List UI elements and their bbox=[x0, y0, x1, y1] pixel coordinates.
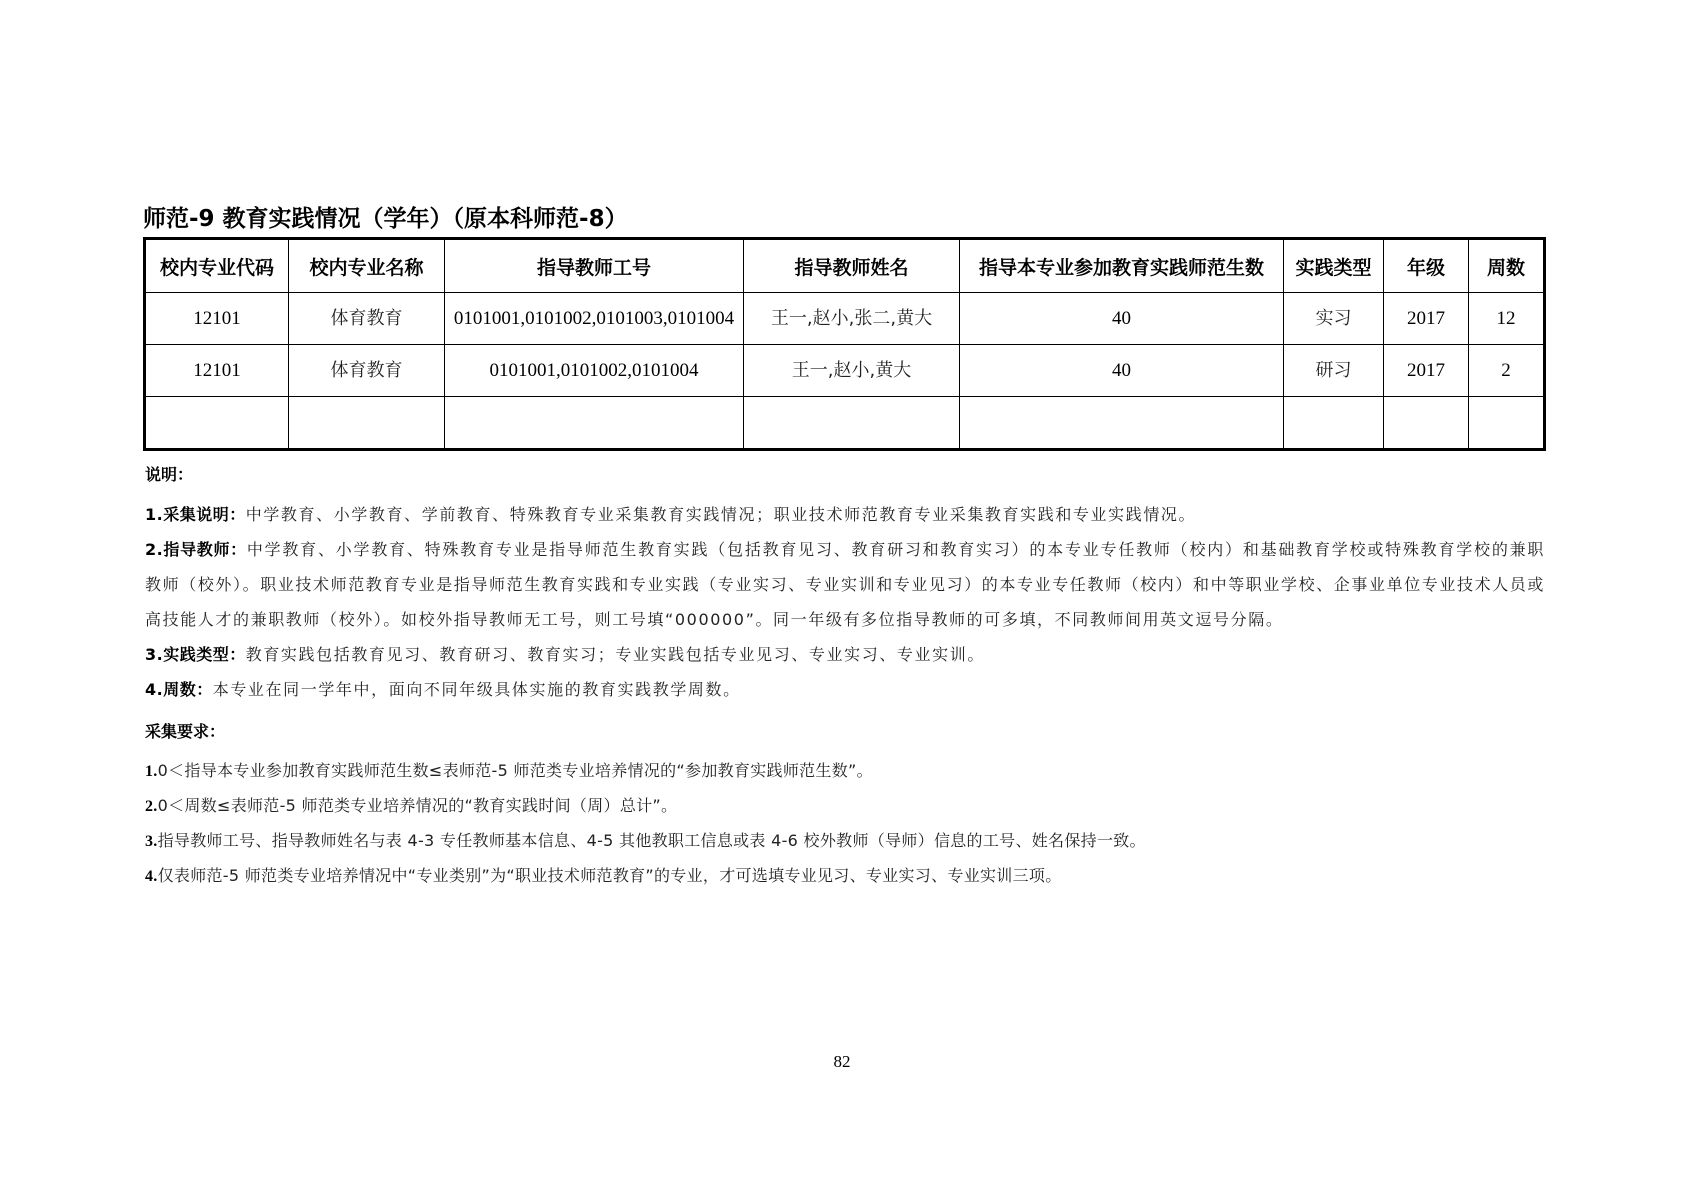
note-text: 中学教育、小学教育、特殊教育专业是指导师范生教育实践（包括教育见习、教育研习和教… bbox=[145, 540, 1545, 629]
table-row: 12101 体育教育 0101001,0101002,0101003,01010… bbox=[145, 293, 1545, 345]
table-row: 12101 体育教育 0101001,0101002,0101004 王一,赵小… bbox=[145, 345, 1545, 397]
requirements-section: 采集要求： 1.0＜指导本专业参加教育实践师范生数≤表师范-5 师范类专业培养情… bbox=[145, 719, 1545, 894]
notes-section: 说明： 1.采集说明：中学教育、小学教育、学前教育、特殊教育专业采集教育实践情况… bbox=[145, 462, 1545, 894]
cell-practice-type: 实习 bbox=[1284, 293, 1384, 345]
table-header-row: 校内专业代码 校内专业名称 指导教师工号 指导教师姓名 指导本专业参加教育实践师… bbox=[145, 239, 1545, 293]
header-weeks: 周数 bbox=[1469, 239, 1545, 293]
cell-practice-type bbox=[1284, 397, 1384, 450]
requirement-item: 4.仅表师范-5 师范类专业培养情况中“专业类别”为“职业技术师范教育”的专业，… bbox=[145, 859, 1545, 894]
note-lead: 1.采集说明： bbox=[145, 505, 246, 524]
requirement-text: 0＜周数≤表师范-5 师范类专业培养情况的“教育实践时间（周）总计”。 bbox=[158, 796, 678, 815]
cell-major-code: 12101 bbox=[145, 345, 289, 397]
page-title: 师范-9 教育实践情况（学年）（原本科师范-8） bbox=[143, 200, 628, 233]
cell-major-name: 体育教育 bbox=[289, 345, 445, 397]
note-item: 2.指导教师：中学教育、小学教育、特殊教育专业是指导师范生教育实践（包括教育见习… bbox=[145, 532, 1545, 637]
requirement-text: 0＜指导本专业参加教育实践师范生数≤表师范-5 师范类专业培养情况的“参加教育实… bbox=[158, 761, 873, 780]
education-practice-table: 校内专业代码 校内专业名称 指导教师工号 指导教师姓名 指导本专业参加教育实践师… bbox=[143, 237, 1546, 451]
requirement-text: 仅表师范-5 师范类专业培养情况中“专业类别”为“职业技术师范教育”的专业，才可… bbox=[158, 866, 1062, 885]
requirement-number: 4. bbox=[145, 868, 158, 885]
note-lead: 3.实践类型： bbox=[145, 645, 246, 664]
cell-student-count: 40 bbox=[960, 345, 1284, 397]
cell-student-count bbox=[960, 397, 1284, 450]
note-text: 中学教育、小学教育、学前教育、特殊教育专业采集教育实践情况；职业技术师范教育专业… bbox=[246, 505, 1196, 524]
requirements-heading: 采集要求： bbox=[145, 719, 1545, 754]
cell-grade bbox=[1384, 397, 1469, 450]
note-lead: 2.指导教师： bbox=[145, 540, 247, 559]
requirement-text: 指导教师工号、指导教师姓名与表 4-3 专任教师基本信息、4-5 其他教职工信息… bbox=[158, 831, 1146, 850]
cell-major-name bbox=[289, 397, 445, 450]
cell-teacher-ids bbox=[445, 397, 744, 450]
cell-teacher-ids: 0101001,0101002,0101003,0101004 bbox=[445, 293, 744, 345]
cell-teacher-names bbox=[744, 397, 960, 450]
section-gap bbox=[145, 707, 1545, 719]
table-row-empty bbox=[145, 397, 1545, 450]
header-practice-type: 实践类型 bbox=[1284, 239, 1384, 293]
note-item: 3.实践类型：教育实践包括教育见习、教育研习、教育实习；专业实践包括专业见习、专… bbox=[145, 637, 1545, 672]
cell-weeks bbox=[1469, 397, 1545, 450]
note-item: 4.周数：本专业在同一学年中，面向不同年级具体实施的教育实践教学周数。 bbox=[145, 672, 1545, 707]
header-student-count: 指导本专业参加教育实践师范生数 bbox=[960, 239, 1284, 293]
notes-heading: 说明： bbox=[145, 462, 1545, 497]
header-major-name: 校内专业名称 bbox=[289, 239, 445, 293]
requirement-item: 1.0＜指导本专业参加教育实践师范生数≤表师范-5 师范类专业培养情况的“参加教… bbox=[145, 754, 1545, 789]
cell-major-name: 体育教育 bbox=[289, 293, 445, 345]
requirement-item: 2.0＜周数≤表师范-5 师范类专业培养情况的“教育实践时间（周）总计”。 bbox=[145, 789, 1545, 824]
requirement-number: 2. bbox=[145, 798, 158, 815]
header-major-code: 校内专业代码 bbox=[145, 239, 289, 293]
cell-teacher-names: 王一,赵小,黄大 bbox=[744, 345, 960, 397]
note-text: 本专业在同一学年中，面向不同年级具体实施的教育实践教学周数。 bbox=[213, 680, 741, 699]
page-number: 82 bbox=[0, 1052, 1684, 1072]
note-item: 1.采集说明：中学教育、小学教育、学前教育、特殊教育专业采集教育实践情况；职业技… bbox=[145, 497, 1545, 532]
cell-weeks: 2 bbox=[1469, 345, 1545, 397]
cell-practice-type: 研习 bbox=[1284, 345, 1384, 397]
cell-teacher-ids: 0101001,0101002,0101004 bbox=[445, 345, 744, 397]
header-teacher-ids: 指导教师工号 bbox=[445, 239, 744, 293]
requirement-item: 3.指导教师工号、指导教师姓名与表 4-3 专任教师基本信息、4-5 其他教职工… bbox=[145, 824, 1545, 859]
cell-grade: 2017 bbox=[1384, 345, 1469, 397]
cell-student-count: 40 bbox=[960, 293, 1284, 345]
header-grade: 年级 bbox=[1384, 239, 1469, 293]
cell-weeks: 12 bbox=[1469, 293, 1545, 345]
cell-grade: 2017 bbox=[1384, 293, 1469, 345]
cell-major-code: 12101 bbox=[145, 293, 289, 345]
requirement-number: 1. bbox=[145, 763, 158, 780]
header-teacher-names: 指导教师姓名 bbox=[744, 239, 960, 293]
note-text: 教育实践包括教育见习、教育研习、教育实习；专业实践包括专业见习、专业实习、专业实… bbox=[246, 645, 985, 664]
cell-teacher-names: 王一,赵小,张二,黄大 bbox=[744, 293, 960, 345]
note-lead: 4.周数： bbox=[145, 680, 213, 699]
cell-major-code bbox=[145, 397, 289, 450]
requirement-number: 3. bbox=[145, 833, 158, 850]
